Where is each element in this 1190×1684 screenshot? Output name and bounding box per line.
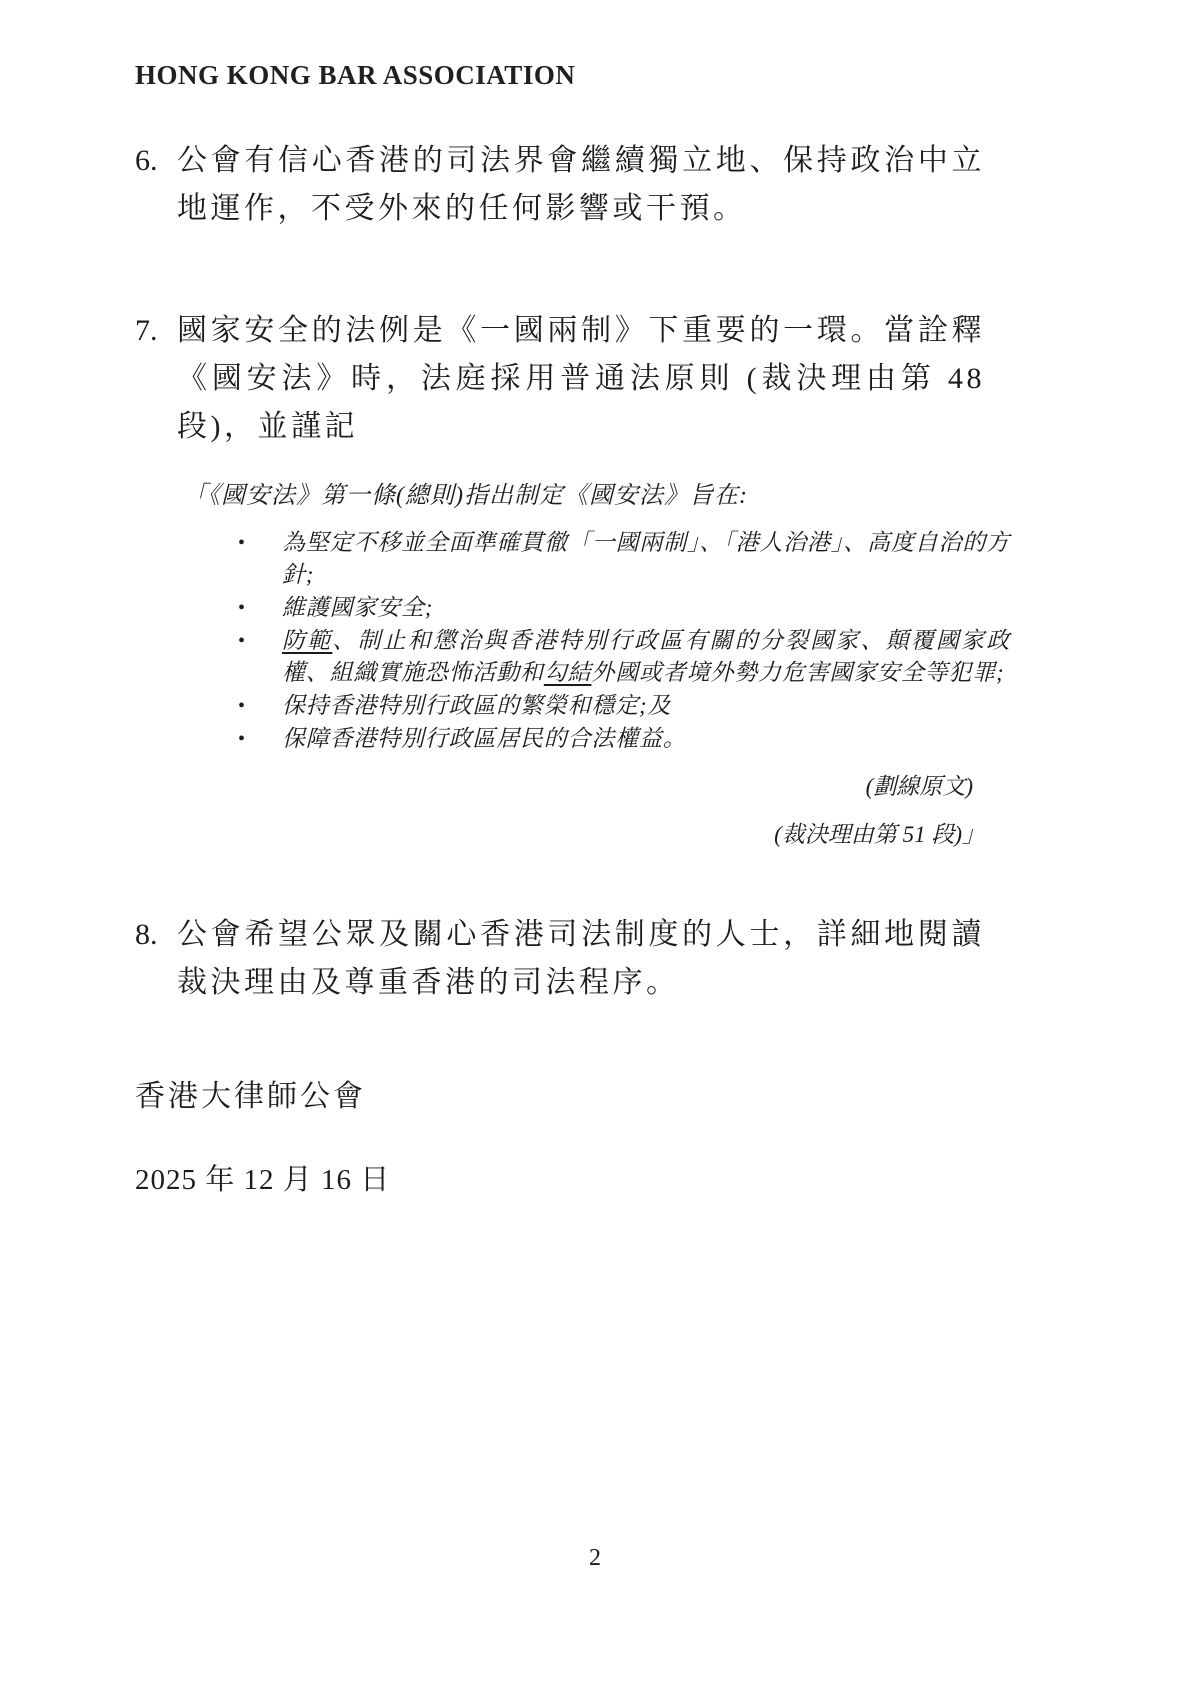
- document-header: HONG KONG BAR ASSOCIATION: [135, 60, 985, 91]
- paragraph-7-number: 7.: [135, 307, 177, 355]
- underlined-term: 勾結: [544, 660, 592, 685]
- bullet-icon: •: [238, 690, 282, 722]
- quote-intro: 「《國安法》第一條(總則)指出制定《國安法》旨在:: [183, 479, 985, 513]
- signature-organization: 香港大律師公會: [135, 1071, 985, 1115]
- quote-bullet-list: • 為堅定不移並全面準確貫徹「一國兩制」、「港人治港」、高度自治的方針; • 維…: [183, 527, 985, 755]
- quote-bullet-4: • 保持香港特別行政區的繁榮和穩定;及: [238, 690, 985, 722]
- judgment-quote-block: 「《國安法》第一條(總則)指出制定《國安法》旨在: • 為堅定不移並全面準確貫徹…: [183, 479, 985, 851]
- quote-bullet-5: • 保障香港特別行政區居民的合法權益。: [238, 723, 985, 755]
- quote-bullet-3: • 防範、制止和懲治與香港特別行政區有關的分裂國家、顛覆國家政權、組織實施恐怖活…: [238, 625, 985, 689]
- document-page: HONG KONG BAR ASSOCIATION 6. 公會有信心香港的司法界…: [0, 0, 1190, 1684]
- bullet-icon: •: [238, 625, 282, 657]
- paragraph-8-text: 公會希望公眾及關心香港司法制度的人士，詳細地閱讀裁決理由及尊重香港的司法程序。: [177, 911, 985, 1007]
- paragraph-8-number: 8.: [135, 911, 177, 959]
- page-number: 2: [0, 1545, 1190, 1572]
- paragraph-8: 8. 公會希望公眾及關心香港司法制度的人士，詳細地閱讀裁決理由及尊重香港的司法程…: [135, 911, 985, 1007]
- paragraph-7: 7. 國家安全的法例是《一國兩制》下重要的一環。當詮釋《國安法》時，法庭採用普通…: [135, 307, 985, 451]
- quote-bullet-1-text: 為堅定不移並全面準確貫徹「一國兩制」、「港人治港」、高度自治的方針;: [282, 527, 1010, 591]
- quote-bullet-2: • 維護國家安全;: [238, 592, 985, 624]
- paragraph-6-number: 6.: [135, 137, 177, 185]
- quote-note-paragraph-ref: (裁決理由第 51 段)」: [183, 819, 985, 851]
- paragraph-6-text: 公會有信心香港的司法界會繼續獨立地、保持政治中立地運作，不受外來的任何影響或干預…: [177, 137, 985, 233]
- paragraph-6: 6. 公會有信心香港的司法界會繼續獨立地、保持政治中立地運作，不受外來的任何影響…: [135, 137, 985, 233]
- quote-bullet-4-text: 保持香港特別行政區的繁榮和穩定;及: [282, 690, 1010, 722]
- quote-bullet-5-text: 保障香港特別行政區居民的合法權益。: [282, 723, 1010, 755]
- bullet-icon: •: [238, 592, 282, 624]
- bullet-icon: •: [238, 723, 282, 755]
- quote-bullet-1: • 為堅定不移並全面準確貫徹「一國兩制」、「港人治港」、高度自治的方針;: [238, 527, 985, 591]
- bullet-icon: •: [238, 527, 282, 559]
- quote-note-underline: (劃線原文): [183, 771, 973, 803]
- quote-bullet-3-text: 防範、制止和懲治與香港特別行政區有關的分裂國家、顛覆國家政權、組織實施恐怖活動和…: [282, 625, 1010, 689]
- underlined-term: 防範: [282, 628, 332, 653]
- quote-bullet-3-end: 外國或者境外勢力危害國家安全等犯罪;: [591, 660, 1004, 685]
- paragraph-7-text: 國家安全的法例是《一國兩制》下重要的一環。當詮釋《國安法》時，法庭採用普通法原則…: [177, 307, 985, 451]
- quote-bullet-2-text: 維護國家安全;: [282, 592, 1010, 624]
- document-date: 2025 年 12 月 16 日: [135, 1157, 985, 1198]
